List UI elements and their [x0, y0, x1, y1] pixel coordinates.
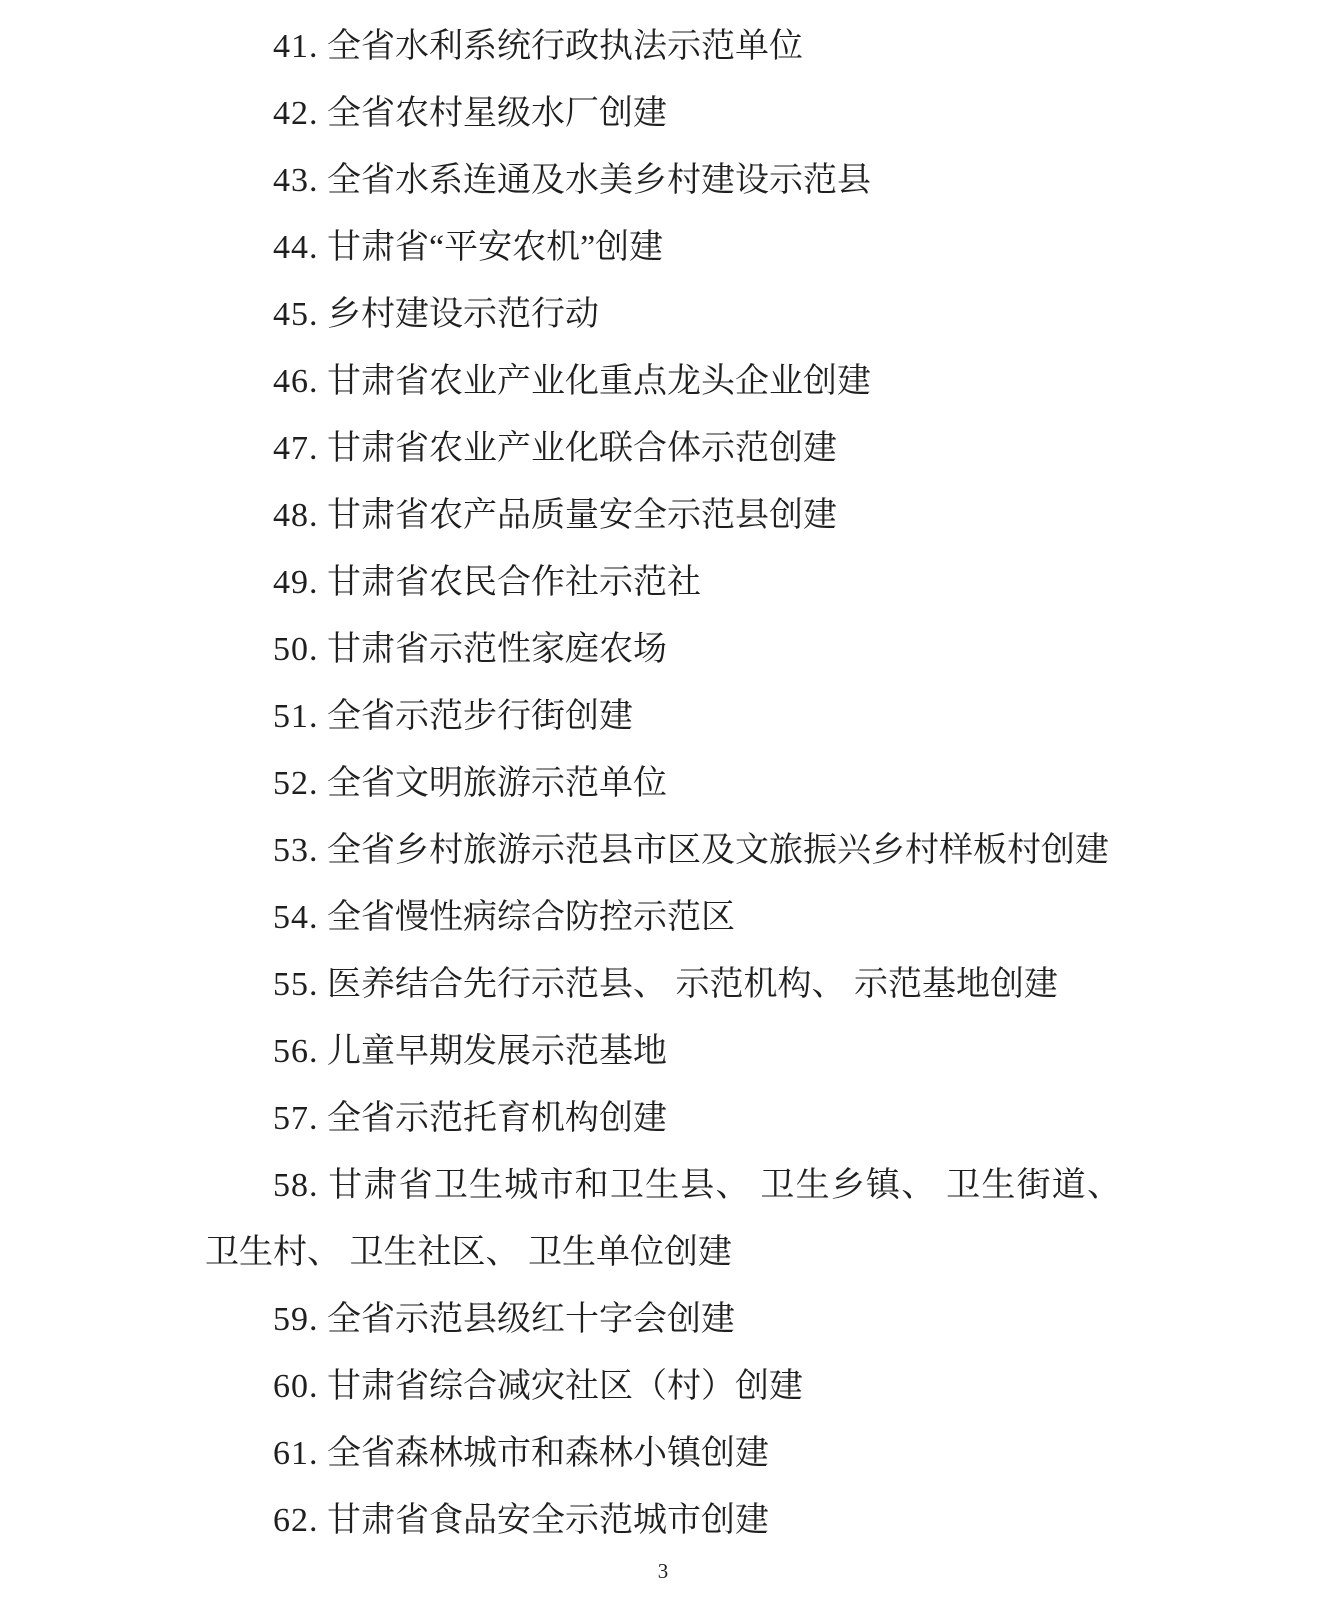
list-line: 54. 全省慢性病综合防控示范区	[205, 884, 1121, 951]
list-line: 53. 全省乡村旅游示范县市区及文旅振兴乡村样板村创建	[205, 817, 1121, 884]
item-text: 甘肃省卫生城市和卫生县、 卫生乡镇、 卫生街道、	[328, 1167, 1121, 1204]
item-text: 全省示范步行街创建	[327, 698, 633, 735]
item-number: 60.	[273, 1368, 319, 1405]
item-text: 全省乡村旅游示范县市区及文旅振兴乡村样板村创建	[327, 832, 1109, 869]
list-line: 58. 甘肃省卫生城市和卫生县、 卫生乡镇、 卫生街道、	[205, 1152, 1121, 1219]
item-text: 医养结合先行示范县、 示范机构、 示范基地创建	[327, 966, 1058, 1003]
item-text: 全省示范县级红十字会创建	[327, 1301, 735, 1338]
item-text: 甘肃省“平安农机”创建	[327, 229, 663, 266]
item-number: 54.	[273, 899, 319, 936]
item-number: 41.	[273, 28, 319, 65]
item-text: 甘肃省农民合作社示范社	[327, 564, 701, 601]
list-line: 48. 甘肃省农产品质量安全示范县创建	[205, 482, 1121, 549]
list-line: 59. 全省示范县级红十字会创建	[205, 1286, 1121, 1353]
item-number: 62.	[273, 1502, 319, 1539]
item-text: 全省慢性病综合防控示范区	[327, 899, 735, 936]
list-line: 42. 全省农村星级水厂创建	[205, 80, 1121, 147]
item-number: 46.	[273, 363, 319, 400]
item-number: 56.	[273, 1033, 319, 1070]
item-number: 45.	[273, 296, 319, 333]
item-text: 全省农村星级水厂创建	[327, 95, 667, 132]
item-number: 42.	[273, 95, 319, 132]
item-number: 58.	[273, 1167, 319, 1204]
page-footer: 3	[0, 1558, 1326, 1584]
list-line: 60. 甘肃省综合减灾社区（村）创建	[205, 1353, 1121, 1420]
list-line: 52. 全省文明旅游示范单位	[205, 750, 1121, 817]
list-line: 卫生村、 卫生社区、 卫生单位创建	[205, 1219, 1121, 1286]
item-number: 57.	[273, 1100, 319, 1137]
item-number: 43.	[273, 162, 319, 199]
page-number: 3	[658, 1559, 669, 1583]
item-text: 甘肃省综合减灾社区（村）创建	[327, 1368, 803, 1405]
item-number: 50.	[273, 631, 319, 668]
list-line: 61. 全省森林城市和森林小镇创建	[205, 1420, 1121, 1487]
item-text: 甘肃省农业产业化重点龙头企业创建	[327, 363, 871, 400]
item-text: 全省文明旅游示范单位	[327, 765, 667, 802]
item-text: 甘肃省农产品质量安全示范县创建	[327, 497, 837, 534]
list-line: 44. 甘肃省“平安农机”创建	[205, 214, 1121, 281]
item-text: 全省森林城市和森林小镇创建	[327, 1435, 769, 1472]
item-text: 全省示范托育机构创建	[327, 1100, 667, 1137]
list-container: 41. 全省水利系统行政执法示范单位42. 全省农村星级水厂创建43. 全省水系…	[0, 0, 1326, 1554]
item-number: 51.	[273, 698, 319, 735]
item-text: 全省水利系统行政执法示范单位	[327, 28, 803, 65]
list-line: 49. 甘肃省农民合作社示范社	[205, 549, 1121, 616]
list-line: 45. 乡村建设示范行动	[205, 281, 1121, 348]
item-text: 儿童早期发展示范基地	[327, 1033, 667, 1070]
document-page: 41. 全省水利系统行政执法示范单位42. 全省农村星级水厂创建43. 全省水系…	[0, 0, 1326, 1600]
item-number: 59.	[273, 1301, 319, 1338]
list-line: 55. 医养结合先行示范县、 示范机构、 示范基地创建	[205, 951, 1121, 1018]
item-number: 47.	[273, 430, 319, 467]
item-number: 53.	[273, 832, 319, 869]
list-line: 56. 儿童早期发展示范基地	[205, 1018, 1121, 1085]
list-line: 57. 全省示范托育机构创建	[205, 1085, 1121, 1152]
list-line: 50. 甘肃省示范性家庭农场	[205, 616, 1121, 683]
item-text: 卫生村、 卫生社区、 卫生单位创建	[205, 1234, 732, 1271]
list-line: 46. 甘肃省农业产业化重点龙头企业创建	[205, 348, 1121, 415]
item-number: 49.	[273, 564, 319, 601]
item-number: 61.	[273, 1435, 319, 1472]
list-line: 43. 全省水系连通及水美乡村建设示范县	[205, 147, 1121, 214]
list-line: 41. 全省水利系统行政执法示范单位	[205, 13, 1121, 80]
list-line: 51. 全省示范步行街创建	[205, 683, 1121, 750]
item-text: 全省水系连通及水美乡村建设示范县	[327, 162, 871, 199]
item-number: 44.	[273, 229, 319, 266]
item-text: 甘肃省示范性家庭农场	[327, 631, 667, 668]
item-text: 甘肃省食品安全示范城市创建	[327, 1502, 769, 1539]
item-number: 52.	[273, 765, 319, 802]
item-text: 乡村建设示范行动	[327, 296, 599, 333]
list-line: 62. 甘肃省食品安全示范城市创建	[205, 1487, 1121, 1554]
item-text: 甘肃省农业产业化联合体示范创建	[327, 430, 837, 467]
item-number: 48.	[273, 497, 319, 534]
list-line: 47. 甘肃省农业产业化联合体示范创建	[205, 415, 1121, 482]
item-number: 55.	[273, 966, 319, 1003]
